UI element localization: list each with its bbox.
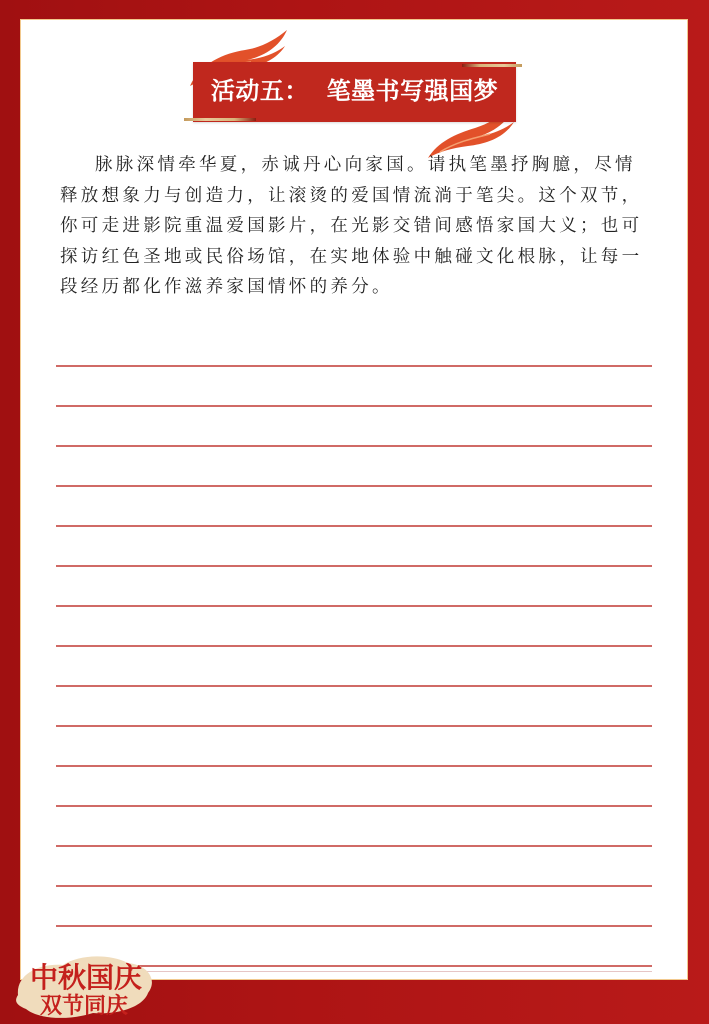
writing-line [56,645,652,647]
writing-line [56,525,652,527]
writing-line [56,485,652,487]
writing-line [56,725,652,727]
writing-line [56,845,652,847]
writing-line [56,925,652,927]
writing-lines[interactable] [56,0,652,1024]
mid-autumn-national-day-logo: 中秋国庆 双节同庆 [8,935,158,1024]
writing-line [56,605,652,607]
svg-text:双节同庆: 双节同庆 [40,993,128,1019]
svg-text:中秋国庆: 中秋国庆 [30,961,142,994]
writing-line [56,805,652,807]
writing-line [56,365,652,367]
writing-line [56,445,652,447]
writing-line [56,565,652,567]
writing-line [56,405,652,407]
writing-line [56,765,652,767]
writing-line [56,885,652,887]
writing-line [56,685,652,687]
